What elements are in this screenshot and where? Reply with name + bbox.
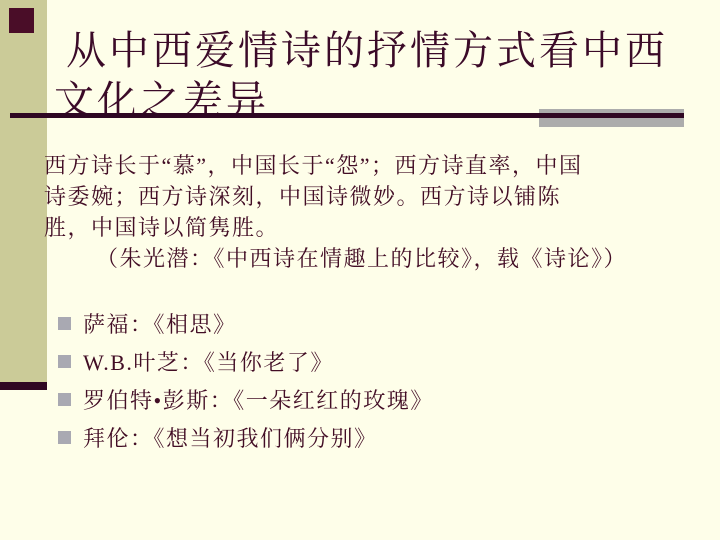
quote-paragraph: 西方诗长于“慕”，中国长于“怨”；西方诗直率，中国 诗委婉；西方诗深刻，中国诗微… xyxy=(44,150,694,274)
sidebar-accent-bar xyxy=(0,0,47,382)
list-item-label: 拜伦：《想当初我们俩分别》 xyxy=(83,422,378,453)
list-item-label: 罗伯特•彭斯：《一朵红红的玫瑰》 xyxy=(83,384,434,415)
paragraph-line-2: 诗委婉；西方诗深刻，中国诗微妙。西方诗以铺陈 xyxy=(44,181,694,212)
attribution-line: （朱光潜：《中西诗在情趣上的比较》，载《诗论》） xyxy=(44,243,694,274)
list-item: W.B.叶芝：《当你老了》 xyxy=(58,343,678,380)
title-underline xyxy=(10,113,684,118)
slide-canvas: 从中西爱情诗的抒情方式看中西 文化之差异 西方诗长于“慕”，中国长于“怨”；西方… xyxy=(0,0,720,540)
list-item: 萨福：《相思》 xyxy=(58,305,678,342)
title-underline-gray-accent xyxy=(539,109,684,127)
paragraph-line-1: 西方诗长于“慕”，中国长于“怨”；西方诗直率，中国 xyxy=(44,150,694,181)
paragraph-line-3: 胜，中国诗以简隽胜。 xyxy=(44,212,694,243)
poem-list: 萨福：《相思》 W.B.叶芝：《当你老了》 罗伯特•彭斯：《一朵红红的玫瑰》 拜… xyxy=(58,305,678,457)
bullet-square-icon xyxy=(58,431,71,444)
list-item-label: W.B.叶芝：《当你老了》 xyxy=(83,346,334,377)
list-item-label: 萨福：《相思》 xyxy=(83,308,237,339)
sidebar-stripe-decoration xyxy=(0,382,47,390)
corner-square-decoration xyxy=(9,8,34,33)
list-item: 罗伯特•彭斯：《一朵红红的玫瑰》 xyxy=(58,381,678,418)
list-item: 拜伦：《想当初我们俩分别》 xyxy=(58,419,678,456)
bullet-square-icon xyxy=(58,317,71,330)
bullet-square-icon xyxy=(58,393,71,406)
title-line-1: 从中西爱情诗的抒情方式看中西 xyxy=(66,26,706,76)
bullet-square-icon xyxy=(58,355,71,368)
